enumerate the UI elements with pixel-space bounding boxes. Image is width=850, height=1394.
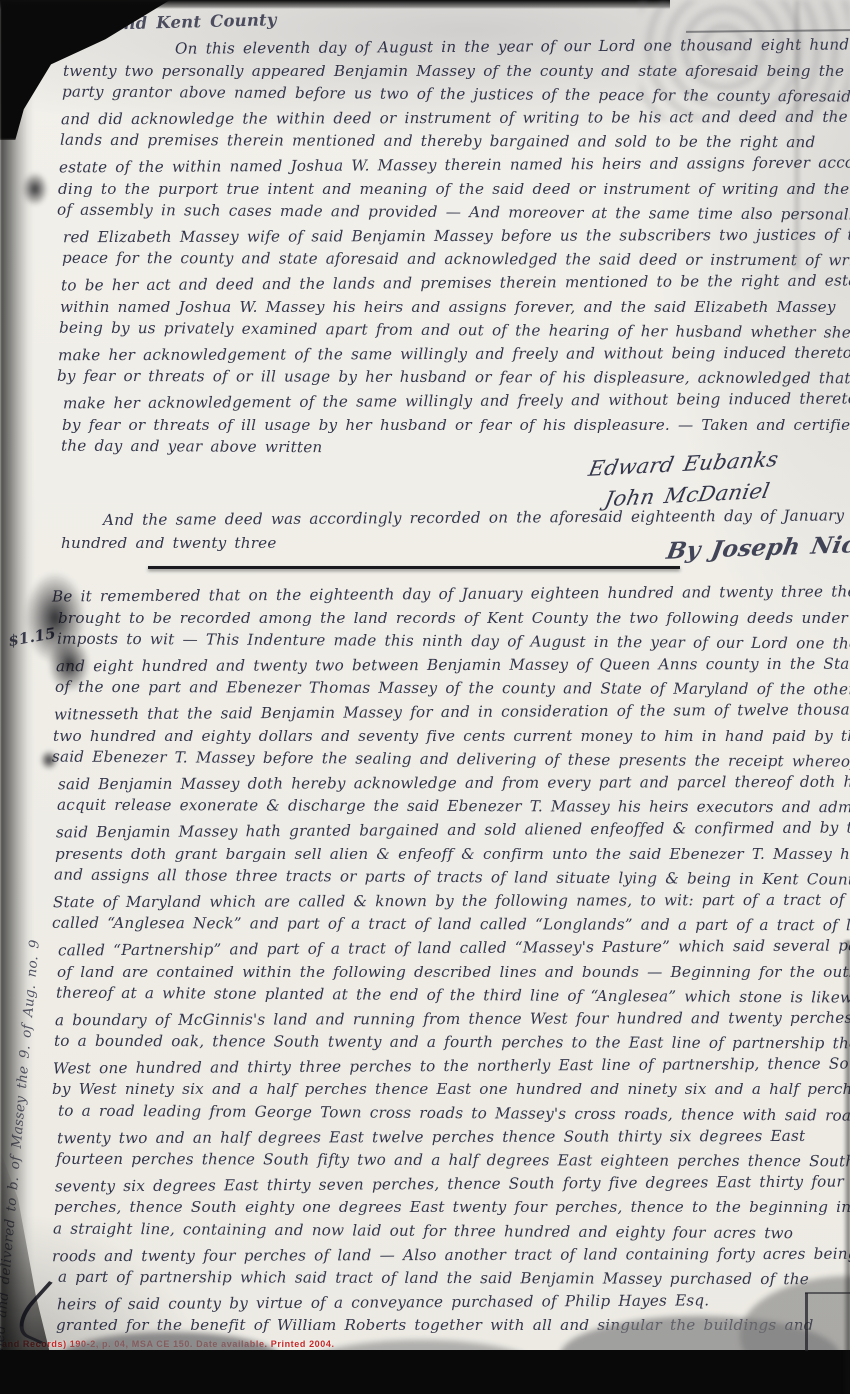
- handwritten-line: heirs of said county by virtue of a conv…: [57, 1288, 830, 1316]
- handwritten-line: estate of the within named Joshua W. Mas…: [59, 152, 828, 180]
- handwritten-line: a straight line, containing and now laid…: [53, 1218, 830, 1246]
- handwritten-line: and assigns all those three tracts or pa…: [54, 864, 830, 892]
- handwritten-line: said Benjamin Massey doth hereby acknowl…: [58, 771, 830, 797]
- handwritten-line: by fear or threats of ill usage by her h…: [62, 414, 828, 438]
- handwritten-line: twenty two personally appeared Benjamin …: [63, 60, 828, 84]
- fee-note: $1.15: [7, 624, 57, 650]
- handwritten-line: a boundary of McGinnis's land and runnin…: [55, 1006, 830, 1032]
- handwritten-line: witnesseth that the said Benjamin Massey…: [54, 699, 830, 727]
- handwritten-line: lands and premises therein mentioned and…: [60, 129, 828, 155]
- handwritten-line: make her acknowledgement of the same wil…: [63, 388, 828, 416]
- ink-blotch: [22, 172, 48, 206]
- handwritten-line: a part of partnership which said tract o…: [58, 1266, 830, 1292]
- handwritten-line: imposts to wit — This Indenture made thi…: [57, 628, 830, 656]
- handwritten-line: to a road leading from George Town cross…: [58, 1100, 830, 1128]
- handwritten-line: ding to the purport true intent and mean…: [58, 178, 828, 202]
- county-header: Maryland Kent County: [58, 10, 277, 35]
- handwritten-line: make her acknowledgement of the same wil…: [58, 342, 828, 368]
- handwritten-line: thereof at a white stone planted at the …: [56, 982, 830, 1010]
- handwritten-line: and eight hundred and twenty two between…: [56, 653, 830, 679]
- handwritten-line: by fear or threats of or ill usage by he…: [57, 365, 828, 391]
- handwritten-line: twenty two and an half degrees East twel…: [57, 1124, 830, 1150]
- scanned-deed-page: 13 Maryland Kent County On this eleventh…: [0, 0, 850, 1394]
- handwritten-line: acquit release exonerate & discharge the…: [57, 794, 830, 820]
- handwritten-line: said Ebenezer T. Massey before the seali…: [52, 746, 830, 774]
- handwritten-line: said Benjamin Massey hath granted bargai…: [56, 817, 830, 845]
- handwritten-line: to be her act and deed and the lands and…: [61, 270, 828, 298]
- handwritten-line: red Elizabeth Massey wife of said Benjam…: [63, 224, 828, 250]
- acknowledgment-paragraph: On this eleventh day of August in the ye…: [60, 36, 828, 461]
- handwritten-line: peace for the county and state aforesaid…: [62, 247, 828, 273]
- handwritten-line: granted for the benefit of William Rober…: [56, 1314, 830, 1338]
- handwritten-line: Be it remembered that on the eighteenth …: [52, 581, 830, 609]
- page-number: 13: [30, 6, 56, 28]
- handwritten-line: called “Anglesea Neck” and part of a tra…: [52, 912, 830, 938]
- handwritten-line: State of Maryland which are called & kno…: [53, 888, 830, 914]
- handwritten-line: On this eleventh day of August in the ye…: [57, 34, 828, 62]
- top-right-scan-line: [686, 29, 850, 33]
- separator-rule: [148, 566, 680, 569]
- top-edge-shadow: [0, 0, 670, 9]
- handwritten-line: party grantor above named before us two …: [62, 81, 828, 109]
- handwritten-line: seventy six degrees East thirty seven pe…: [55, 1170, 830, 1198]
- handwritten-line: being by us privately examined apart fro…: [59, 317, 828, 345]
- archives-watermark: and Records) 190-2, p. 04, MSA CE 150. D…: [2, 1339, 438, 1349]
- handwritten-line: West one hundred and thirty three perche…: [53, 1052, 830, 1080]
- handwritten-line: roods and twenty four perches of land — …: [52, 1242, 830, 1268]
- bottom-edge-band: [0, 1350, 850, 1394]
- handwritten-line: fourteen perches thence South fifty two …: [56, 1148, 830, 1174]
- handwritten-line: within named Joshua W. Massey his heirs …: [60, 296, 828, 320]
- handwritten-line: And the same deed was accordingly record…: [55, 504, 798, 534]
- handwritten-line: to a bounded oak, thence South twenty an…: [54, 1030, 830, 1056]
- handwritten-line: by West ninety six and a half perches th…: [52, 1078, 830, 1102]
- handwritten-line: called “Partnership” and part of a tract…: [58, 934, 830, 962]
- handwritten-line: of the one part and Ebenezer Thomas Mass…: [55, 676, 830, 702]
- handwritten-line: perches, thence South eighty one degrees…: [54, 1196, 830, 1220]
- handwritten-line: presents doth grant bargain sell alien &…: [55, 843, 830, 867]
- handwritten-line: two hundred and eighty dollars and seven…: [53, 725, 830, 749]
- handwritten-line: brought to be recorded among the land re…: [58, 607, 830, 631]
- handwritten-line: and did acknowledge the within deed or i…: [61, 106, 828, 132]
- indenture-paragraph: Be it remembered that on the eighteenth …: [55, 583, 830, 1338]
- handwritten-line: of land are contained within the followi…: [57, 961, 830, 985]
- handwritten-line: of assembly in such cases made and provi…: [57, 199, 828, 227]
